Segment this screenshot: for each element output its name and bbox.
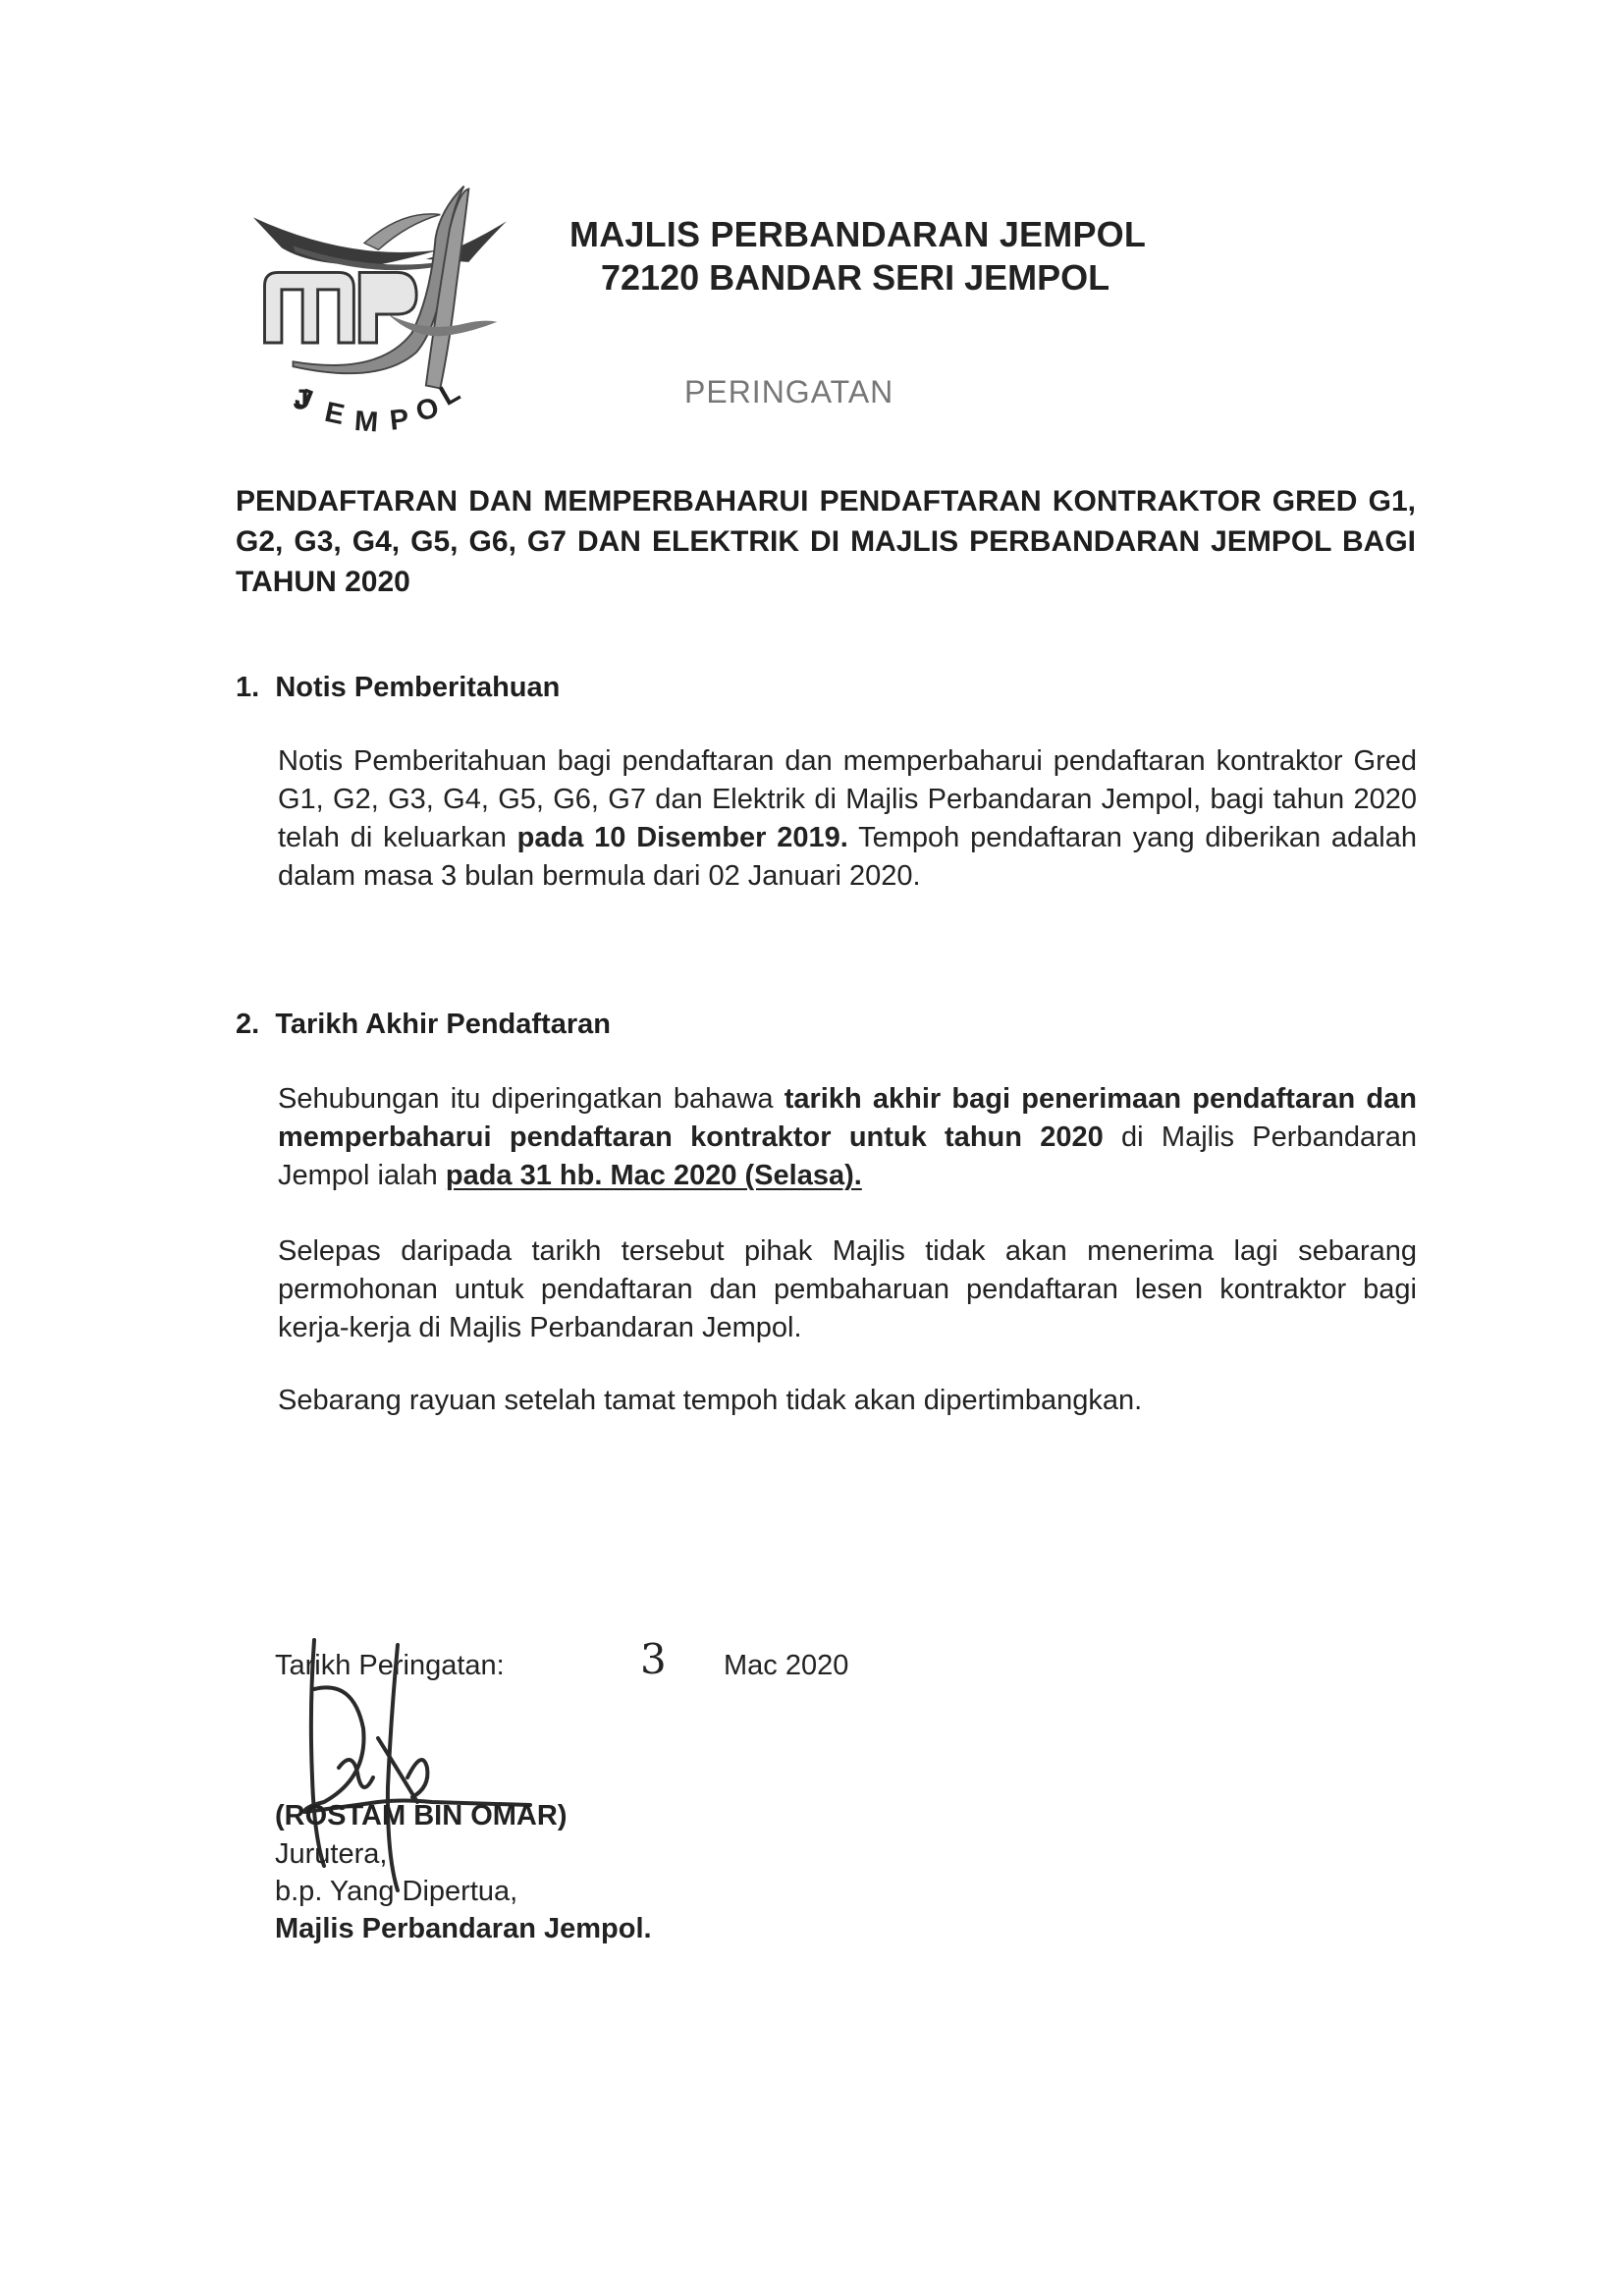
- section-2-paragraph-deadline: Sehubungan itu diperingatkan bahawa tari…: [278, 1080, 1417, 1195]
- notice-title: PENDAFTARAN DAN MEMPERBAHARUI PENDAFTARA…: [236, 481, 1416, 602]
- organization-address: 72120 BANDAR SERI JEMPOL: [601, 257, 1109, 299]
- section-2-paragraph-after-deadline: Selepas daripada tarikh tersebut pihak M…: [278, 1232, 1417, 1347]
- signing-organization: Majlis Perbandaran Jempol.: [275, 1913, 652, 1945]
- handwritten-day: 3: [640, 1635, 667, 1683]
- svg-text:P: P: [388, 404, 410, 437]
- section-title: Notis Pemberitahuan: [275, 672, 560, 703]
- section-number: 1.: [236, 672, 259, 703]
- svg-text:M: M: [353, 406, 379, 439]
- section-1-heading: 1. Notis Pemberitahuan: [236, 672, 560, 704]
- paragraph-text: Sehubungan itu diperingatkan bahawa: [278, 1083, 784, 1115]
- section-1-paragraph: Notis Pemberitahuan bagi pendaftaran dan…: [278, 742, 1417, 896]
- date-month-year: Mac 2020: [724, 1650, 848, 1682]
- mpj-logo: J J E M P O L: [236, 172, 550, 457]
- on-behalf-of: b.p. Yang Dipertua,: [275, 1876, 517, 1908]
- section-2-paragraph-appeals: Sebarang rayuan setelah tamat tempoh tid…: [278, 1382, 1417, 1420]
- svg-text:E: E: [322, 397, 348, 431]
- svg-text:L: L: [435, 376, 465, 412]
- document-type: PERINGATAN: [684, 374, 893, 410]
- organization-name: MAJLIS PERBANDARAN JEMPOL: [569, 214, 1146, 255]
- signer-role: Jurutera,: [275, 1838, 387, 1871]
- paragraph-emphasis: pada 10 Disember 2019.: [517, 822, 848, 853]
- deadline-date: pada 31 hb. Mac 2020 (Selasa).: [446, 1160, 862, 1191]
- section-2-heading: 2. Tarikh Akhir Pendaftaran: [236, 1009, 611, 1041]
- svg-text:O: O: [412, 392, 443, 428]
- section-title: Tarikh Akhir Pendaftaran: [275, 1009, 611, 1040]
- signer-name: (ROSTAM BIN OMAR): [275, 1800, 567, 1832]
- section-number: 2.: [236, 1009, 259, 1040]
